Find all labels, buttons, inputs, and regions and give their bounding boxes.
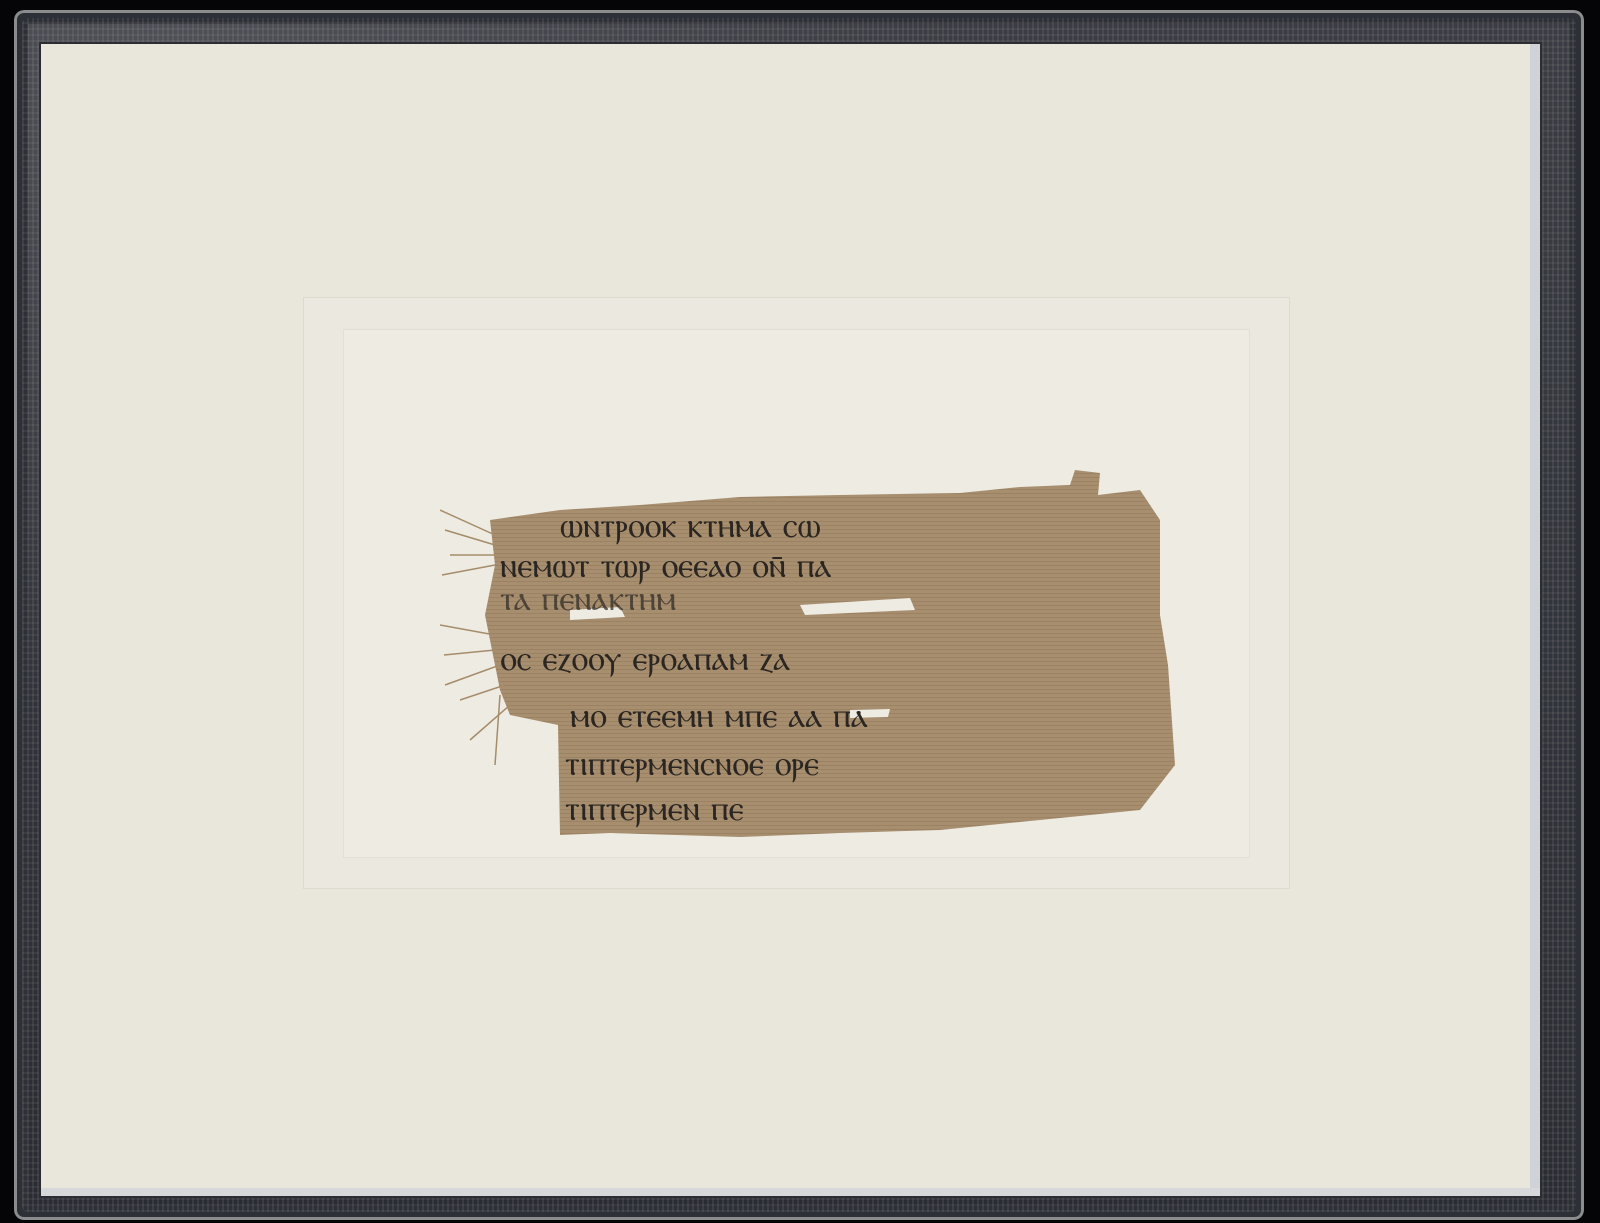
papyrus-fragment: ⲱⲛⲧⲣⲟⲟⲕ ⲕⲧⲏⲙⲁ ⲥⲱ ⲛⲉⲙⲱⲧ ⲧⲱⲣ ⲟⲉⲉⲁⲟ ⲟⲛ̄ ⲡⲁ … bbox=[440, 465, 1202, 840]
svg-text:ⲱⲛⲧⲣⲟⲟⲕ ⲕⲧⲏⲙⲁ ⲥⲱ: ⲱⲛⲧⲣⲟⲟⲕ ⲕⲧⲏⲙⲁ ⲥⲱ bbox=[560, 506, 821, 546]
svg-text:ⲙⲟ ⲉⲧⲉⲉⲙⲏ ⲙⲡⲉ ⲁⲁ ⲡⲁ: ⲙⲟ ⲉⲧⲉⲉⲙⲏ ⲙⲡⲉ ⲁⲁ ⲡⲁ bbox=[570, 696, 868, 736]
svg-text:ⲟⲥ ⲉⲍⲟⲟⲩ ⲉⲣⲟⲁⲡⲁⲙ ⲍⲁ: ⲟⲥ ⲉⲍⲟⲟⲩ ⲉⲣⲟⲁⲡⲁⲙ ⲍⲁ bbox=[500, 639, 790, 679]
svg-text:ⲧⲓⲡⲧⲉⲣⲙⲉⲛ ⲡⲉ: ⲧⲓⲡⲧⲉⲣⲙⲉⲛ ⲡⲉ bbox=[565, 789, 744, 829]
mat-bottom-edge bbox=[41, 1188, 1540, 1196]
mat-right-edge bbox=[1530, 44, 1540, 1196]
papyrus-illustration: ⲱⲛⲧⲣⲟⲟⲕ ⲕⲧⲏⲙⲁ ⲥⲱ ⲛⲉⲙⲱⲧ ⲧⲱⲣ ⲟⲉⲉⲁⲟ ⲟⲛ̄ ⲡⲁ … bbox=[440, 465, 1202, 840]
svg-text:ⲧⲓⲡⲧⲉⲣⲙⲉⲛⲥⲛⲟⲉ ⲟⲣⲉ: ⲧⲓⲡⲧⲉⲣⲙⲉⲛⲥⲛⲟⲉ ⲟⲣⲉ bbox=[565, 744, 819, 784]
svg-text:ⲧⲁ ⲡⲉⲛⲁⲕⲧⲏⲙ: ⲧⲁ ⲡⲉⲛⲁⲕⲧⲏⲙ bbox=[500, 579, 676, 619]
